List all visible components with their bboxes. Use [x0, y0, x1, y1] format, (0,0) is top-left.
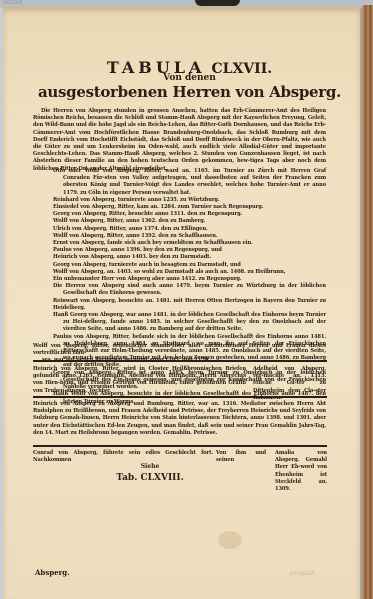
entry: Wolff von Absperg, an. 1403. so wohl zu … [53, 269, 326, 276]
subtitle-line2: ausgestorbenen Herren von Absperg. [3, 83, 373, 101]
entry: Hanß Georg von Absperg, war anno 1481. i… [53, 312, 326, 334]
entry: Reinwart von Absperg, besuchte an. 1481.… [53, 298, 326, 312]
generation2-heinrich: Heinrich von Absperg, Ritter, wird in Cl… [33, 366, 246, 395]
divider-rule [33, 445, 327, 447]
see-reference: Siehe [3, 463, 297, 470]
divider-rule [33, 360, 327, 362]
book-clip [195, 0, 240, 6]
page-content: TABULACLXVII. Von denen ausgestorbenen H… [3, 7, 360, 599]
subtitle-line1: Von denen [3, 73, 373, 83]
catchword: Absperg. [35, 568, 70, 577]
entry: Reinhard von Absperg, turnierete anno 12… [53, 197, 326, 204]
book-page-edge [362, 5, 373, 599]
entry: Einsiedel von Absperg, Ritter, kam an. 1… [53, 204, 326, 211]
document-page: TABULACLXVII. Von denen ausgestorbenen H… [3, 7, 360, 599]
intro-paragraph: Die Herren von Absperg stunden in grosse… [33, 108, 326, 173]
generation4-amalia: Amalia von Absperg. Gemahl Herr Eb-word … [275, 450, 327, 493]
generation3-heinrich: Heinrich von Absperg zu Absperg und Rumb… [33, 401, 326, 437]
entry: Wolff von Absperg, Ritter, anno 1392. de… [53, 233, 326, 240]
entry: Ulrich von Absperg, Ritter, anno 1374. d… [53, 226, 326, 233]
entry: Ernst von Absperg, fande sich auch bey e… [53, 240, 326, 247]
bleed-through-text: Absperg. [288, 570, 315, 577]
divider-rule [33, 396, 327, 398]
table-reference-link: Tab. CLXVIII. [3, 473, 297, 483]
entry: Georg von Absperg, Ritter, besuchte anno… [53, 211, 326, 218]
siehe-label: Siehe [141, 463, 160, 470]
entry: Otto oder Wolff von Absperg, Ritter, war… [53, 168, 326, 197]
paper-stain [218, 531, 242, 549]
entry: Heinrich von Absperg, anno 1403. bey den… [53, 254, 326, 261]
entry: Georg von Absperg, turnierete auch in be… [53, 262, 326, 269]
progenitor-line1: Wolff von Absperg, Ritter, ordentlicher … [33, 343, 326, 356]
scan-id-label: 10624300 [2, 0, 22, 5]
entry: Die Herren von Absperg sind auch anno 14… [53, 283, 326, 297]
entry: Wolff von Absperg, Ritter, anno 1362. de… [53, 218, 326, 225]
entry: Paulus von Absperg, anno 1396. bey den z… [53, 247, 326, 254]
